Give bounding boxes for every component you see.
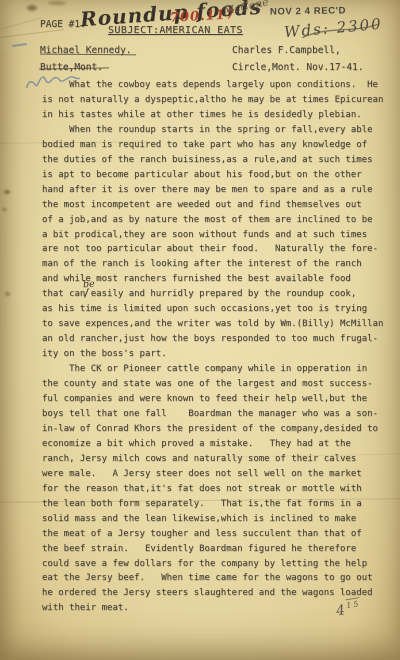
paper-blot	[2, 208, 7, 211]
received-date-stamp: NOV 2 4 REC'D	[270, 5, 346, 17]
paper-blot	[48, 1, 66, 5]
paper-blot	[5, 292, 10, 296]
strike-line-author-name	[40, 53, 136, 55]
correspondent-location-date: Circle,Mont. Nov.17-41.	[232, 61, 364, 76]
correspondent-name: Charles F.Campbell,	[232, 44, 341, 59]
tally-superscript: 15	[345, 597, 361, 610]
crease	[1, 17, 42, 30]
document-body: What the cowboy eats depends largely upo…	[42, 78, 392, 616]
tally-main: 4	[335, 602, 346, 619]
paragraph-2: When the roundup starts in the spring or…	[42, 123, 392, 362]
paper-blot	[27, 5, 37, 11]
paragraph-1: What the cowboy eats depends largely upo…	[42, 78, 392, 123]
paragraph-3: The CK or Pioneer cattle company while i…	[42, 362, 392, 616]
pencil-tally-note: 415	[335, 599, 362, 619]
paper-blot	[4, 190, 10, 194]
document-page: PAGE #1. SUBJECT:AMERICAN EATS Michael K…	[0, 0, 400, 660]
page-number-label: PAGE #1.	[40, 18, 86, 33]
author-name: Michael Kennedy.	[40, 44, 132, 59]
blue-pencil-dash	[12, 43, 27, 47]
